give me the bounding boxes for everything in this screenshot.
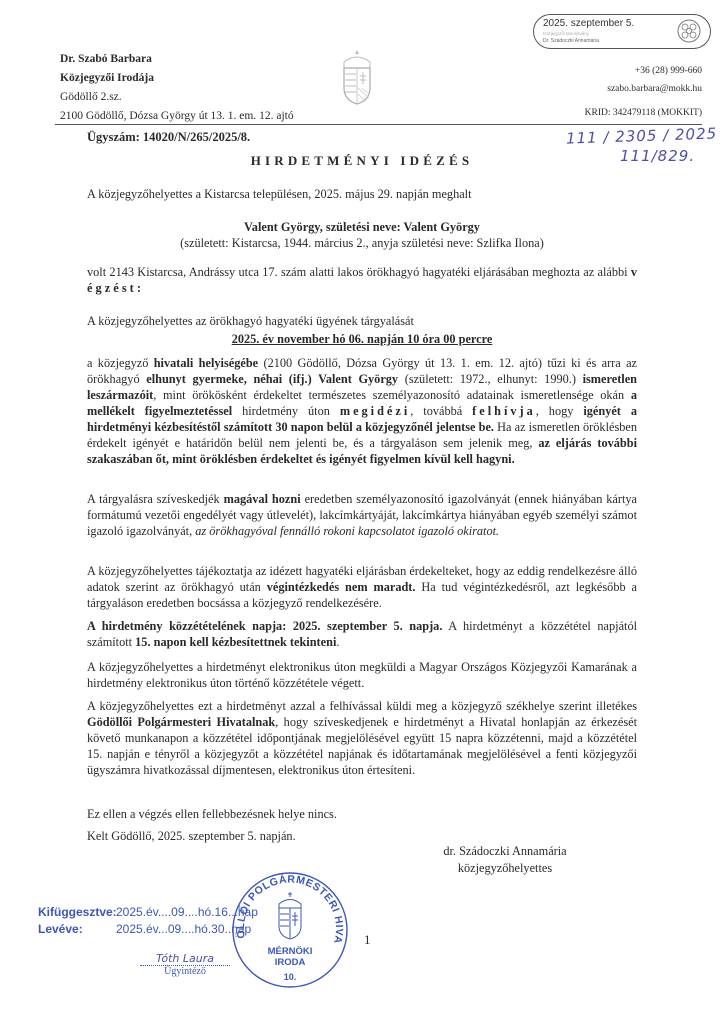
clerk-signature: Tóth Laura [140, 953, 230, 966]
posted-label: Kifüggesztve: [38, 904, 116, 921]
svg-text:IRODA: IRODA [275, 957, 306, 968]
hearing-intro: A közjegyzőhelyettes az örökhagyó hagyat… [87, 313, 637, 329]
handwritten-registry-number: 111 / 2305 / 2025 [566, 124, 718, 147]
signature-block: dr. Szádoczki Annamária közjegyzőhelyett… [415, 843, 595, 877]
estamp-subtitle: Közjegyzői tanúsítvány [543, 31, 589, 36]
clerk-label: Ügyintéző [140, 966, 230, 978]
svg-text:MÉRNÖKI: MÉRNÖKI [268, 946, 313, 957]
estamp-date: 2025. szeptember 5. [543, 18, 634, 29]
signer-role: közjegyzőhelyettes [415, 860, 595, 877]
posting-stamp: Kifüggesztve:2025.év....09....hó.16...na… [38, 904, 258, 938]
paragraph-publication-date: A hirdetmény közzétételének napja: 2025.… [87, 618, 637, 650]
letterhead-left: Dr. Szabó Barbara Közjegyzői Irodája Göd… [60, 50, 294, 126]
notary-email: szabo.barbara@mokk.hu [607, 80, 702, 98]
deceased-details: (született: Kistarcsa, 1944. március 2.,… [87, 235, 637, 251]
header-divider [55, 124, 702, 125]
paragraph-will-info: A közjegyzőhelyettes tájékoztatja az idé… [87, 563, 637, 611]
svg-text:GÖDÖLLŐI POLGÁRMESTERI HIVATAL: GÖDÖLLŐI POLGÁRMESTERI HIVATAL [230, 870, 345, 945]
deceased-name: Valent György, születési neve: Valent Gy… [87, 219, 637, 235]
appeal-note: Ez ellen a végzés ellen fellebbezésnek h… [87, 806, 637, 822]
paragraph-municipality: A közjegyzőhelyettes ezt a hirdetményt a… [87, 698, 637, 778]
paragraph-summons: a közjegyző hivatali helyiségébe (2100 G… [87, 355, 637, 467]
paragraph-documents: A tárgyalásra szíveskedjék magával hozni… [87, 491, 637, 539]
notary-seat: Gödöllő 2.sz. [60, 88, 294, 107]
office-round-stamp: GÖDÖLLŐI POLGÁRMESTERI HIVATAL MÉRNÖKI I… [230, 870, 350, 990]
page-number: 1 [364, 932, 371, 948]
date-place: Kelt Gödöllő, 2025. szeptember 5. napján… [87, 828, 637, 844]
residence-text: volt 2143 Kistarcsa, Andrássy utca 17. s… [87, 264, 637, 296]
case-number: Ügyszám: 14020/N/265/2025/8. [87, 130, 250, 145]
paragraph-chamber: A közjegyzőhelyettes a hirdetményt elekt… [87, 659, 637, 691]
removed-label: Levéve: [38, 921, 116, 938]
hungarian-coat-of-arms-icon [340, 48, 374, 106]
document-title: HIRDETMÉNYI IDÉZÉS [0, 153, 724, 169]
clerk-block: Tóth Laura Ügyintéző [140, 953, 230, 978]
notary-phone: +36 (28) 999-660 [607, 62, 702, 80]
svg-text:10.: 10. [284, 972, 297, 982]
hearing-date: 2025. év november hó 06. napján 10 óra 0… [87, 331, 637, 347]
hungarian-coat-of-arms-icon [279, 892, 301, 939]
electronic-signature-stamp: 2025. szeptember 5. Közjegyzői tanúsítvá… [533, 14, 711, 49]
intro-text: A közjegyzőhelyettes a Kistarcsa települ… [87, 186, 637, 202]
notary-name: Dr. Szabó Barbara [60, 50, 294, 69]
estamp-signer: Dr. Szádoczki Annamária [543, 38, 599, 44]
signer-name: dr. Szádoczki Annamária [415, 843, 595, 860]
letterhead-right: +36 (28) 999-660 szabo.barbara@mokk.hu [607, 62, 702, 98]
krid-id: KRID: 342479118 (MOKKIT) [585, 108, 702, 118]
notary-office: Közjegyzői Irodája [60, 69, 294, 88]
notary-seal-icon [676, 18, 702, 44]
